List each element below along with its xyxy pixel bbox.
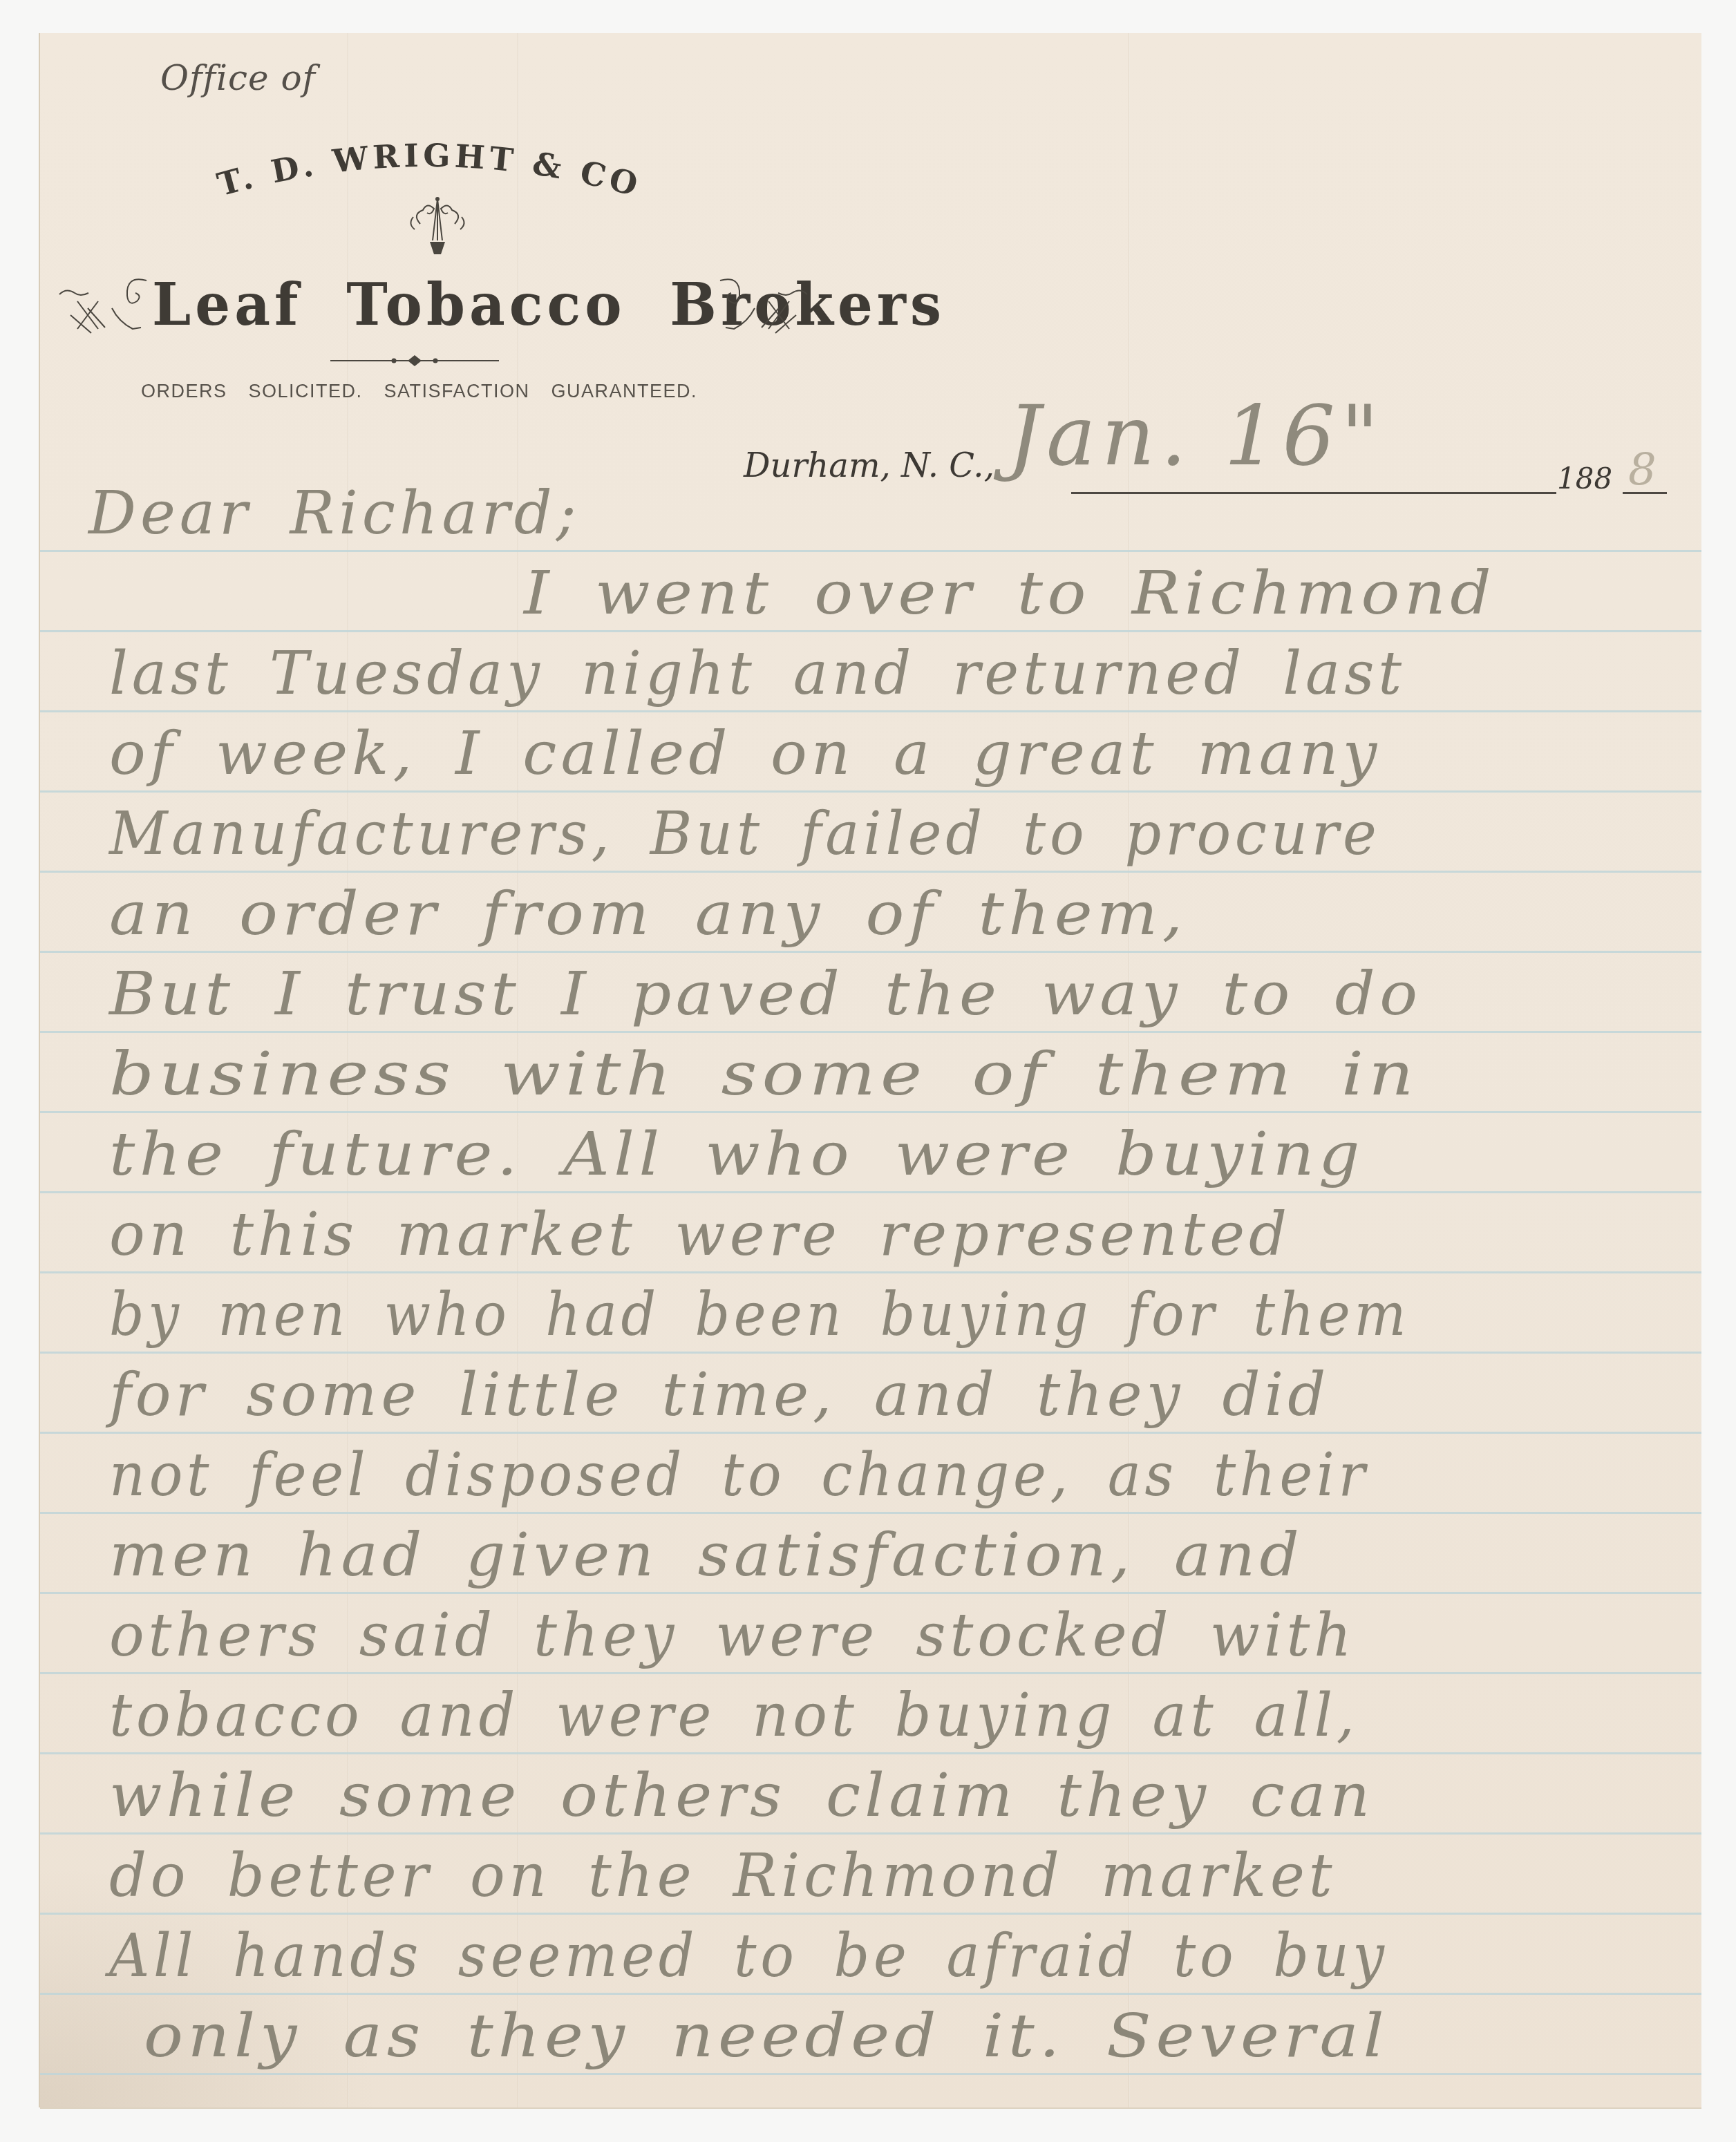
- letter-page: Office of T. D. WRIGHT & CO.: [40, 33, 1701, 2107]
- letter-line: for some little time, and they did: [109, 1365, 1330, 1425]
- letter-line: an order from any of them,: [109, 884, 1187, 944]
- letter-line: business with some of them in: [109, 1045, 1419, 1104]
- ruled-line: [40, 790, 1701, 793]
- letter-line: on this market were represented: [109, 1205, 1291, 1264]
- ruled-line: [40, 2073, 1701, 2075]
- dateline-date-handwritten: Jan. 16": [1008, 388, 1384, 484]
- ruled-line: [40, 1191, 1701, 1193]
- ruled-line: [40, 1111, 1701, 1113]
- date-underline: [1071, 492, 1556, 494]
- divider-ornament-icon: [330, 355, 499, 370]
- ruled-line: [40, 550, 1701, 552]
- letter-line: I went over to Richmond: [524, 564, 1496, 623]
- ruled-line: [40, 1832, 1701, 1835]
- dateline-year-printed: 188: [1557, 462, 1612, 495]
- ruled-line: [40, 1752, 1701, 1754]
- dateline-place: Durham, N. C.,: [744, 446, 994, 485]
- ruled-line: [40, 1031, 1701, 1033]
- letter-line: All hands seemed to be afraid to buy: [109, 1926, 1388, 1986]
- ruled-line: [40, 630, 1701, 632]
- letter-line: while some others claim they can: [109, 1766, 1374, 1826]
- lamp-ornament-icon: [399, 196, 475, 269]
- business-title: Leaf Tobacco Brokers: [152, 271, 945, 339]
- svg-text:T. D. WRIGHT & CO.: T. D. WRIGHT & CO.: [32, 3, 644, 204]
- letter-line: not feel disposed to change, as their: [109, 1446, 1369, 1505]
- ruled-line: [40, 710, 1701, 712]
- ruled-line: [40, 1512, 1701, 1514]
- scroll-ornament-left-icon: [57, 274, 153, 339]
- ruled-line: [40, 1592, 1701, 1594]
- salutation: Dear Richard;: [88, 484, 581, 543]
- letter-line: Manufacturers, But failed to procure: [109, 804, 1381, 864]
- ruled-line: [40, 1993, 1701, 1995]
- tagline: ORDERS SOLICITED. SATISFACTION GUARANTEE…: [141, 381, 697, 402]
- letter-line: last Tuesday night and returned last: [109, 644, 1406, 703]
- letter-line: only as they needed it. Several: [144, 2007, 1388, 2066]
- letter-line: others said they were stocked with: [109, 1606, 1355, 1665]
- ruled-line: [40, 1352, 1701, 1354]
- letter-line: But I trust I paved the way to do: [109, 965, 1422, 1024]
- ruled-line: [40, 1271, 1701, 1273]
- letter-line: tobacco and were not buying at all,: [109, 1686, 1359, 1745]
- ruled-line: [40, 951, 1701, 953]
- ruled-line: [40, 871, 1701, 873]
- ruled-line: [40, 1913, 1701, 1915]
- firm-name-text: T. D. WRIGHT & CO.: [32, 3, 644, 204]
- letter-line: of week, I called on a great many: [109, 724, 1381, 784]
- letter-line: do better on the Richmond market: [109, 1846, 1336, 1906]
- letter-line: men had given satisfaction, and: [109, 1526, 1303, 1585]
- letter-line: the future. All who were buying: [109, 1125, 1364, 1184]
- scroll-ornament-right-icon: [713, 274, 810, 339]
- dateline-year-handwritten: 8: [1628, 445, 1657, 496]
- letter-line: by men who had been buying for them: [109, 1285, 1410, 1345]
- ruled-line: [40, 1432, 1701, 1434]
- ruled-line: [40, 1672, 1701, 1674]
